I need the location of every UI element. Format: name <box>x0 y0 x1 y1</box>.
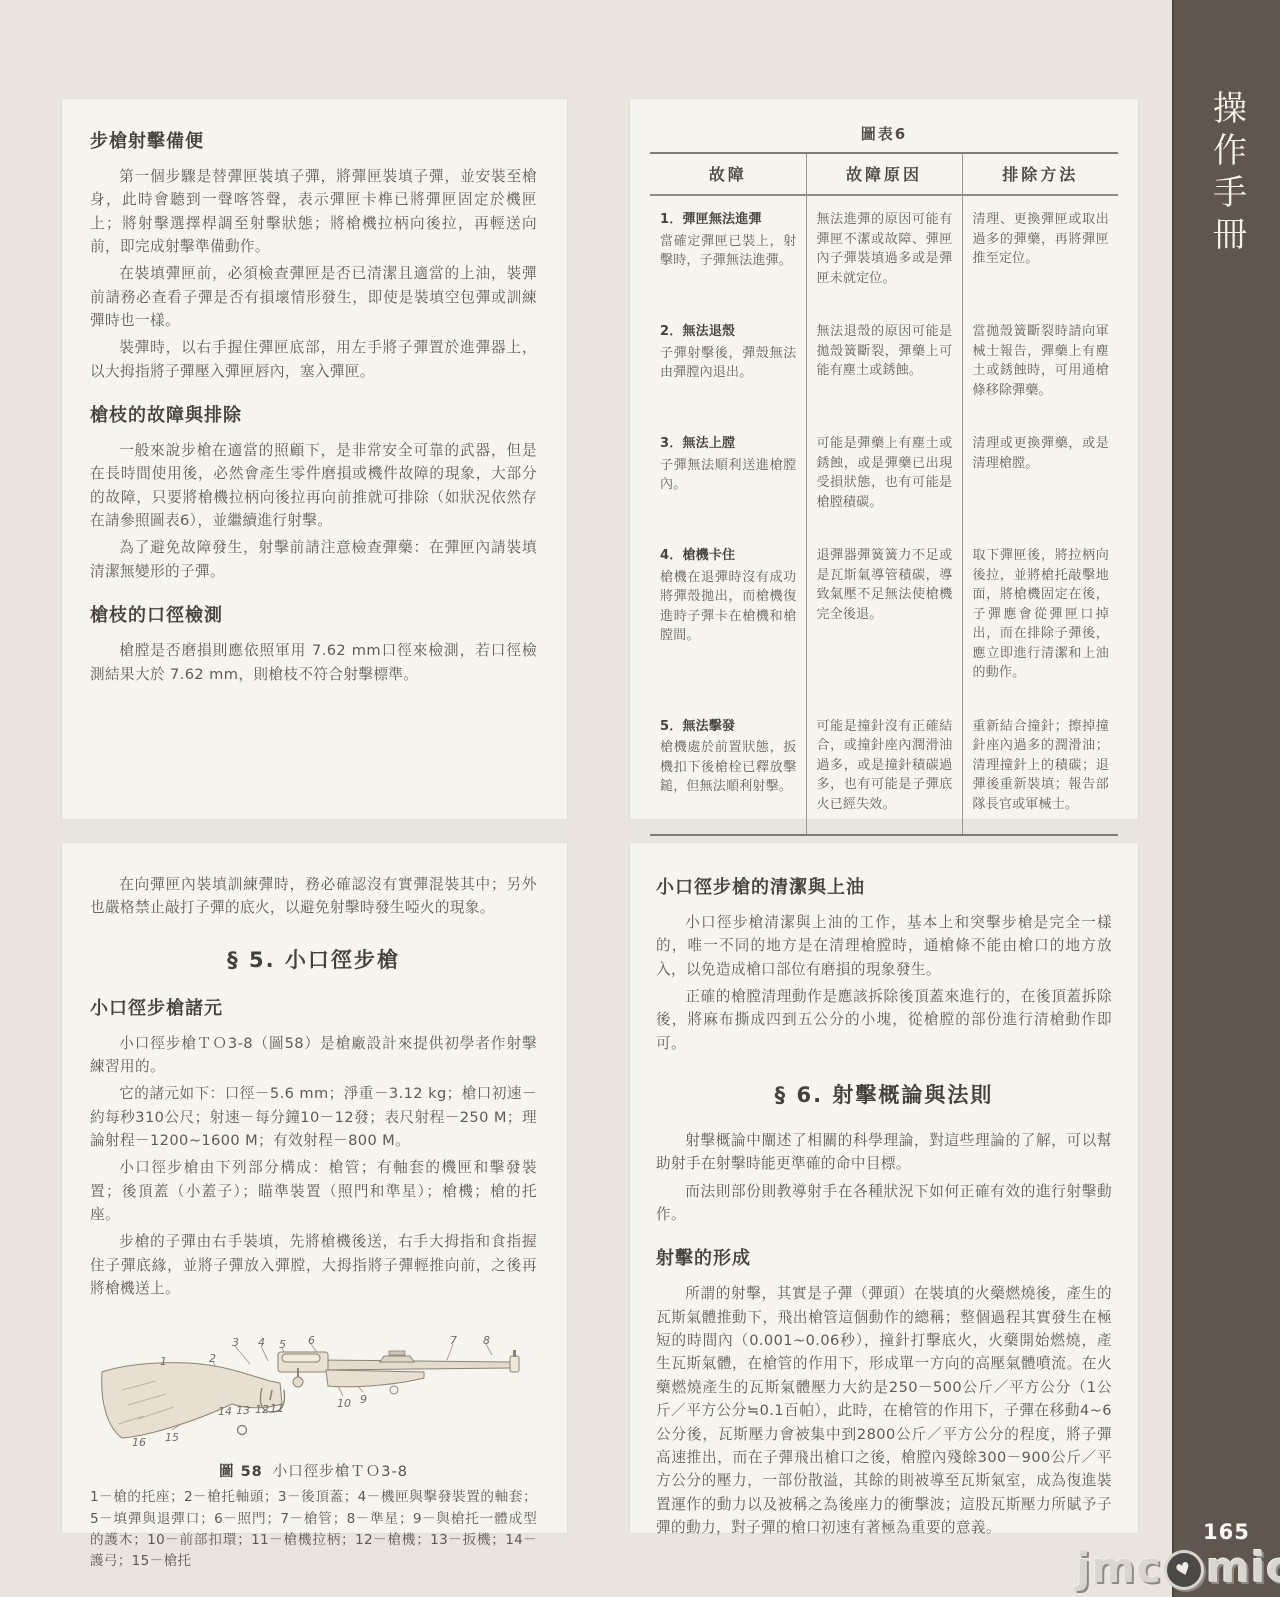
watermark-text-left: jmc <box>1076 1543 1162 1592</box>
table-row: 5．無法擊發槍機處於前置狀態，扳機扣下後槍栓已釋放擊鎚，但無法順利射擊。 可能是… <box>650 703 1118 836</box>
fault-name: 4．槍機卡住 <box>660 546 797 566</box>
section-heading: 射擊的形成 <box>656 1244 1112 1270</box>
rifle-figure: 1 2 3 4 5 6 7 8 9 10 11 12 13 14 15 16 <box>92 1306 558 1458</box>
column-header-fault: 故障 <box>650 153 806 195</box>
figure-caption-title: 小口徑步槍ＴＯ3-8 <box>273 1464 408 1480</box>
table-row: 3．無法上膛子彈無法順利送進槍膛內。 可能是彈藥上有塵土或銹蝕，或是彈藥已出現受… <box>650 420 1118 532</box>
panel-shooting-theory: 小口徑步槍的清潔與上油 小口徑步槍清潔與上油的工作，基本上和突擊步槍是完全一樣的… <box>630 843 1138 1533</box>
watermark-clock-icon: ♥ <box>1164 1550 1204 1590</box>
section-heading: 槍枝的故障與排除 <box>90 401 537 427</box>
paragraph: 正確的槍膛清理動作是應該拆除後頂蓋來進行的，在後頂蓋拆除後，將麻布撕成四到五公分… <box>656 985 1112 1055</box>
spine-title: 操作手冊 <box>1203 90 1252 258</box>
paragraph: 步槍的子彈由右手裝填，先將槍機後送，右手大拇指和食指握住子彈底緣，並將子彈放入彈… <box>90 1230 537 1300</box>
page-number: 165 <box>1203 1520 1250 1544</box>
paragraph: 在向彈匣內裝填訓練彈時，務必確認沒有實彈混裝其中；另外也嚴格禁止敲打子彈的底火，… <box>90 873 537 920</box>
figure-callout: 14 <box>218 1406 232 1417</box>
chapter-heading: § 6. 射擊概論與法則 <box>656 1079 1112 1109</box>
paragraph: 射擊概論中闡述了相關的科學理論，對這些理論的了解，可以幫助射手在射擊時能更準確的… <box>656 1129 1112 1176</box>
figure-callout: 2 <box>209 1353 216 1364</box>
paragraph: 它的諸元如下：口徑－5.6 mm；淨重－3.12 kg；槍口初速－約每秒310公… <box>90 1082 537 1152</box>
figure-callout: 13 <box>236 1405 250 1416</box>
fault-cause: 可能是撞針沒有正確結合，或撞針座內潤滑油過多，或是撞針積碳過多，也有可能是子彈底… <box>806 703 962 836</box>
fault-remedy: 清理、更換彈匣或取出過多的彈藥，再將彈匣推至定位。 <box>962 195 1118 308</box>
figure-callout: 1 <box>160 1356 167 1367</box>
watermark-text-right: mic <box>1206 1543 1280 1592</box>
fault-cause: 退彈器彈簧簧力不足或是瓦斯氣導管積碳，導致氣壓不足無法使槍機完全後退。 <box>806 532 962 703</box>
section-heading: 槍枝的口徑檢測 <box>90 601 537 627</box>
figure-callout: 9 <box>360 1394 367 1405</box>
fault-cause: 無法進彈的原因可能有彈匣不潔或故障、彈匣內子彈裝填過多或是彈匣未就定位。 <box>806 195 962 308</box>
fault-table: 故障 故障原因 排除方法 1．彈匣無法進彈當確定彈匣已裝上，射擊時，子彈無法進彈… <box>650 152 1118 836</box>
figure-legend: 1－槍的托座；2－槍托軸頭；3－後頂蓋；4－機匣與擊發裝置的軸套；5－填彈與退彈… <box>90 1487 537 1571</box>
fault-name: 3．無法上膛 <box>660 434 797 454</box>
table-header-row: 故障 故障原因 排除方法 <box>650 153 1118 195</box>
paragraph: 第一個步驟是替彈匣裝填子彈，將彈匣裝填子彈，並安裝至槍身，此時會聽到一聲喀答聲，… <box>90 165 537 258</box>
rifle-illustration <box>92 1306 558 1458</box>
figure-callout: 12 <box>255 1404 269 1415</box>
table-title: 圖表6 <box>650 123 1118 144</box>
fault-desc: 子彈無法順利送進槍膛內。 <box>660 458 797 493</box>
fault-name: 2．無法退殼 <box>660 322 797 342</box>
section-heading: 步槍射擊備便 <box>90 127 537 153</box>
fault-cause: 可能是彈藥上有塵土或銹蝕，或是彈藥已出現受損狀態，也有可能是槍膛積碳。 <box>806 420 962 532</box>
heart-icon: ♥ <box>1173 1557 1195 1581</box>
fault-desc: 槍機處於前置狀態，扳機扣下後槍栓已釋放擊鎚，但無法順利射擊。 <box>660 740 797 794</box>
column-header-cause: 故障原因 <box>806 153 962 195</box>
paragraph: 槍膛是否磨損則應依照軍用 7.62 mm口徑來檢測，若口徑檢測結果大於 7.62… <box>90 639 537 686</box>
figure-callout: 10 <box>337 1398 351 1409</box>
watermark-logo: jmc♥mic <box>1076 1543 1280 1592</box>
fault-desc: 當確定彈匣已裝上，射擊時，子彈無法進彈。 <box>660 234 797 269</box>
figure-callout: 8 <box>483 1335 490 1346</box>
paragraph: 裝彈時，以右手握住彈匣底部，用左手將子彈置於進彈器上，以大拇指將子彈壓入彈匣唇內… <box>90 336 537 383</box>
figure-caption: 圖 58小口徑步槍ＴＯ3-8 <box>90 1460 537 1481</box>
figure-callout: 6 <box>308 1335 315 1346</box>
figure-callout: 16 <box>132 1437 146 1448</box>
fault-cause: 無法退殼的原因可能是拋殼簧斷裂，彈藥上可能有塵土或銹蝕。 <box>806 308 962 420</box>
paragraph: 在裝填彈匣前，必須檢查彈匣是否已清潔且適當的上油，裝彈前請務必查看子彈是否有損壞… <box>90 262 537 332</box>
section-heading: 小口徑步槍諸元 <box>90 994 537 1020</box>
table-row: 1．彈匣無法進彈當確定彈匣已裝上，射擊時，子彈無法進彈。 無法進彈的原因可能有彈… <box>650 195 1118 308</box>
paragraph: 小口徑步槍由下列部分構成：槍管；有軸套的機匣和擊發裝置；後頂蓋（小蓋子）；瞄準裝… <box>90 1156 537 1226</box>
figure-callout: 4 <box>258 1337 265 1348</box>
figure-caption-label: 圖 58 <box>219 1464 263 1480</box>
figure-callout: 5 <box>279 1339 286 1350</box>
fault-name: 5．無法擊發 <box>660 717 797 737</box>
table-row: 4．槍機卡住槍機在退彈時沒有成功將彈殼拋出，而槍機復進時子彈卡在槍機和槍膛間。 … <box>650 532 1118 703</box>
column-header-remedy: 排除方法 <box>962 153 1118 195</box>
chapter-heading: § 5. 小口徑步槍 <box>90 944 537 974</box>
fault-desc: 槍機在退彈時沒有成功將彈殼拋出，而槍機復進時子彈卡在槍機和槍膛間。 <box>660 570 797 644</box>
fault-desc: 子彈射擊後，彈殼無法由彈膛內退出。 <box>660 346 797 381</box>
page-spine: 操作手冊 <box>1172 0 1280 1597</box>
table-row: 2．無法退殼子彈射擊後，彈殼無法由彈膛內退出。 無法退殼的原因可能是拋殼簧斷裂，… <box>650 308 1118 420</box>
paragraph: 所謂的射擊，其實是子彈（彈頭）在裝填的火藥燃燒後，產生的瓦斯氣體推動下，飛出槍管… <box>656 1282 1112 1539</box>
paragraph: 而法則部份則教導射手在各種狀況下如何正確有效的進行射擊動作。 <box>656 1180 1112 1227</box>
panel-fault-table: 圖表6 故障 故障原因 排除方法 1．彈匣無法進彈當確定彈匣已裝上，射擊時，子彈… <box>630 99 1138 819</box>
paragraph: 小口徑步槍清潔與上油的工作，基本上和突擊步槍是完全一樣的，唯一不同的地方是在清理… <box>656 911 1112 981</box>
paragraph: 一般來說步槍在適當的照顧下，是非常安全可靠的武器，但是在長時間使用後，必然會產生… <box>90 439 537 532</box>
paragraph: 小口徑步槍ＴＯ3-8（圖58）是槍廠設計來提供初學者作射擊練習用的。 <box>90 1032 537 1079</box>
fault-remedy: 重新結合撞針；擦掉撞針座內過多的潤滑油；清理撞針上的積碳；退彈後重新裝填；報告部… <box>962 703 1118 836</box>
figure-callout: 3 <box>232 1337 239 1348</box>
panel-small-caliber-rifle: 在向彈匣內裝填訓練彈時，務必確認沒有實彈混裝其中；另外也嚴格禁止敲打子彈的底火，… <box>62 843 567 1533</box>
fault-remedy: 取下彈匣後，將拉柄向後拉，並將槍托敲擊地面，將槍機固定在後，子彈應會從彈匣口掉出… <box>962 532 1118 703</box>
section-heading: 小口徑步槍的清潔與上油 <box>656 873 1112 899</box>
fault-remedy: 清理或更換彈藥，或是清理槍膛。 <box>962 420 1118 532</box>
fault-name: 1．彈匣無法進彈 <box>660 210 797 230</box>
figure-callout: 15 <box>165 1432 179 1443</box>
figure-callout: 7 <box>450 1335 457 1346</box>
panel-rifle-preparation: 步槍射擊備便 第一個步驟是替彈匣裝填子彈，將彈匣裝填子彈，並安裝至槍身，此時會聽… <box>62 99 567 819</box>
paragraph: 為了避免故障發生，射擊前請注意檢查彈藥：在彈匣內請裝填清潔無變形的子彈。 <box>90 536 537 583</box>
figure-callout: 11 <box>270 1403 284 1414</box>
fault-remedy: 當拋殼簧斷裂時請向軍械士報告，彈藥上有塵土或銹蝕時，可用通槍條移除彈藥。 <box>962 308 1118 420</box>
